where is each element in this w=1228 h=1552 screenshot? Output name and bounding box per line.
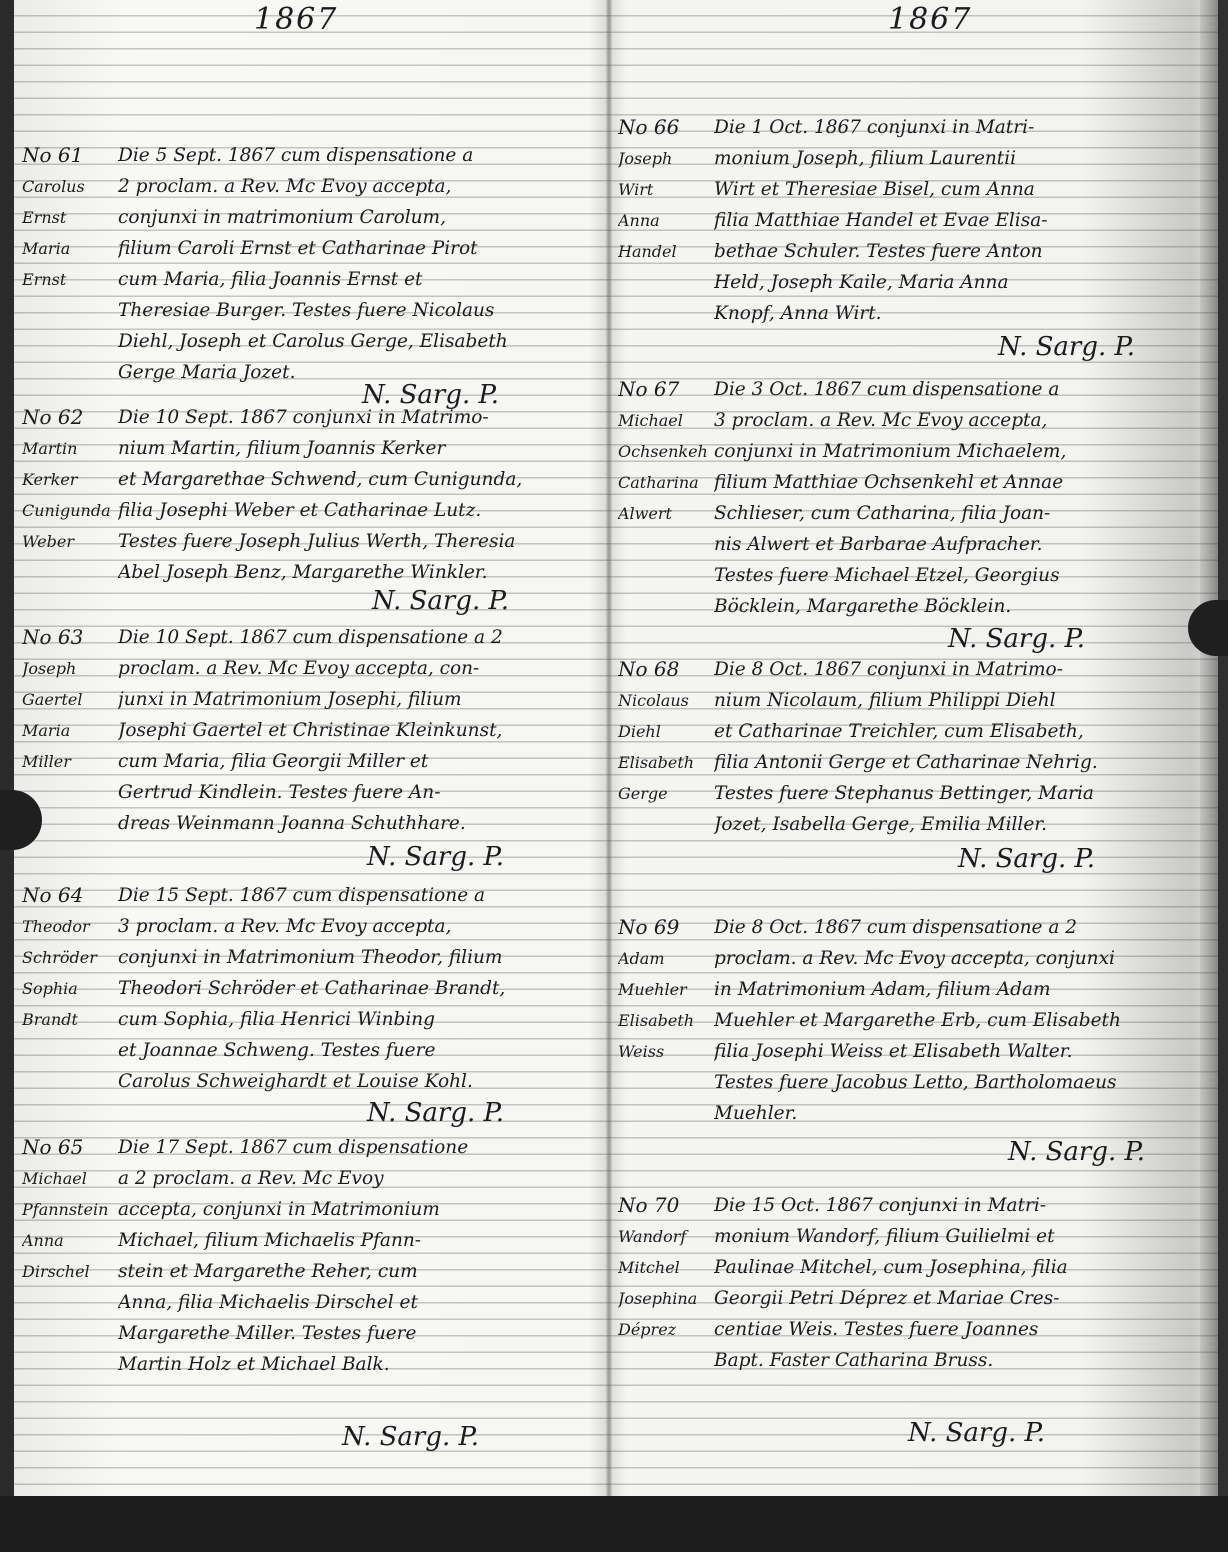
margin-name: Brandt [22, 1004, 112, 1035]
entry-line: accepta, conjunxi in Matrimonium [118, 1194, 602, 1225]
entry-line: Held, Joseph Kaile, Maria Anna [714, 267, 1190, 298]
entry-line: Die 8 Oct. 1867 conjunxi in Matrimo- [714, 654, 1190, 685]
margin-name: Sophia [22, 973, 112, 1004]
entry-line: nium Martin, filium Joannis Kerker [118, 433, 602, 464]
entry-line: Testes fuere Michael Etzel, Georgius [714, 560, 1190, 591]
entry-line: Margarethe Miller. Testes fuere [118, 1318, 602, 1349]
margin-name: Theodor [22, 911, 112, 942]
priest-signature: N. Sarg. P. [998, 332, 1135, 362]
margin-name: Maria [22, 233, 112, 264]
register-entry-67: No 67Die 3 Oct. 1867 cum dispensatione a… [618, 374, 1190, 622]
entry-number: No 67 [618, 374, 708, 405]
entry-line: nium Nicolaum, filium Philippi Diehl [714, 685, 1190, 716]
register-entry-61: No 61Die 5 Sept. 1867 cum dispensatione … [22, 140, 602, 388]
register-entry-65: No 65Die 17 Sept. 1867 cum dispensatione… [22, 1132, 602, 1380]
margin-name: Ernst [22, 202, 112, 233]
margin-name: Anna [618, 205, 708, 236]
year-header: 1867 [254, 2, 338, 37]
margin-name: Elisabeth [618, 747, 708, 778]
margin-name: Josephina [618, 1283, 708, 1314]
entry-line: cum Sophia, filia Henrici Winbing [118, 1004, 602, 1035]
entry-line: filium Matthiae Ochsenkehl et Annae [714, 467, 1190, 498]
margin-name: Déprez [618, 1314, 708, 1345]
scan-shadow-right [1200, 0, 1218, 1552]
entry-line: et Joannae Schweng. Testes fuere [118, 1035, 602, 1066]
entry-line: Testes fuere Joseph Julius Werth, Theres… [118, 526, 602, 557]
entry-line: Die 3 Oct. 1867 cum dispensatione a [714, 374, 1190, 405]
year-header: 1867 [888, 2, 972, 37]
entry-line: bethae Schuler. Testes fuere Anton [714, 236, 1190, 267]
margin-name: Maria [22, 715, 112, 746]
register-entry-69: No 69Die 8 Oct. 1867 cum dispensatione a… [618, 912, 1190, 1129]
entry-line: centiae Weis. Testes fuere Joannes [714, 1314, 1190, 1345]
margin-name: Wandorf [618, 1221, 708, 1252]
entry-line: filium Caroli Ernst et Catharinae Pirot [118, 233, 602, 264]
entry-line: Die 10 Sept. 1867 conjunxi in Matrimo- [118, 402, 602, 433]
entry-line: stein et Margarethe Reher, cum [118, 1256, 602, 1287]
entry-number: No 66 [618, 112, 708, 143]
entry-line: 3 proclam. a Rev. Mc Evoy accepta, [714, 405, 1190, 436]
entry-number: No 70 [618, 1190, 708, 1221]
margin-name: Nicolaus [618, 685, 708, 716]
entry-line: filia Josephi Weber et Catharinae Lutz. [118, 495, 602, 526]
entry-line: in Matrimonium Adam, filium Adam [714, 974, 1190, 1005]
entry-line: monium Wandorf, filium Guilielmi et [714, 1221, 1190, 1252]
entry-line: conjunxi in Matrimonium Michaelem, [714, 436, 1190, 467]
entry-line: Abel Joseph Benz, Margarethe Winkler. [118, 557, 602, 588]
priest-signature: N. Sarg. P. [948, 624, 1085, 654]
entry-number: No 68 [618, 654, 708, 685]
entry-line: nis Alwert et Barbarae Aufpracher. [714, 529, 1190, 560]
margin-name: Schröder [22, 942, 112, 973]
entry-line: Georgii Petri Déprez et Mariae Cres- [714, 1283, 1190, 1314]
margin-name: Michael [22, 1163, 112, 1194]
entry-line: Wirt et Theresiae Bisel, cum Anna [714, 174, 1190, 205]
entry-line: Die 15 Oct. 1867 conjunxi in Matri- [714, 1190, 1190, 1221]
register-entry-70: No 70Die 15 Oct. 1867 conjunxi in Matri-… [618, 1190, 1190, 1376]
margin-name: Joseph [22, 653, 112, 684]
entry-line: cum Maria, filia Georgii Miller et [118, 746, 602, 777]
margin-name: Joseph [618, 143, 708, 174]
entry-line: junxi in Matrimonium Josephi, filium [118, 684, 602, 715]
priest-signature: N. Sarg. P. [342, 1422, 479, 1452]
margin-name: Kerker [22, 464, 112, 495]
entry-line: monium Joseph, filium Laurentii [714, 143, 1190, 174]
margin-name: Ernst [22, 264, 112, 295]
margin-name: Wirt [618, 174, 708, 205]
entry-line: Die 15 Sept. 1867 cum dispensatione a [118, 880, 602, 911]
entry-line: Die 17 Sept. 1867 cum dispensatione [118, 1132, 602, 1163]
margin-name: Gerge [618, 778, 708, 809]
margin-name: Ochsenkehl [618, 436, 708, 467]
entry-line: Die 10 Sept. 1867 cum dispensatione a 2 [118, 622, 602, 653]
page-fold [606, 0, 612, 1500]
entry-number: No 62 [22, 402, 112, 433]
entry-line: conjunxi in matrimonium Carolum, [118, 202, 602, 233]
entry-line: Schlieser, cum Catharina, filia Joan- [714, 498, 1190, 529]
margin-name: Gaertel [22, 684, 112, 715]
entry-line: 3 proclam. a Rev. Mc Evoy accepta, [118, 911, 602, 942]
margin-name: Miller [22, 746, 112, 777]
entry-line: Gertrud Kindlein. Testes fuere An- [118, 777, 602, 808]
entry-line: Michael, filium Michaelis Pfann- [118, 1225, 602, 1256]
margin-name: Michael [618, 405, 708, 436]
margin-name: Cunigunda [22, 495, 112, 526]
entry-line: Die 1 Oct. 1867 conjunxi in Matri- [714, 112, 1190, 143]
scan-edge-left [0, 0, 14, 1552]
priest-signature: N. Sarg. P. [1008, 1137, 1145, 1167]
entry-line: Diehl, Joseph et Carolus Gerge, Elisabet… [118, 326, 602, 357]
entry-number: No 63 [22, 622, 112, 653]
register-entry-68: No 68Die 8 Oct. 1867 conjunxi in Matrimo… [618, 654, 1190, 840]
register-entry-62: No 62Die 10 Sept. 1867 conjunxi in Matri… [22, 402, 602, 588]
scan-edge-bottom [0, 1496, 1228, 1552]
margin-name: Dirschel [22, 1256, 112, 1287]
register-entry-64: No 64Die 15 Sept. 1867 cum dispensatione… [22, 880, 602, 1097]
margin-name: Weiss [618, 1036, 708, 1067]
priest-signature: N. Sarg. P. [372, 586, 509, 616]
scan-edge-right [1218, 0, 1228, 1552]
margin-name: Adam [618, 943, 708, 974]
entry-line: Martin Holz et Michael Balk. [118, 1349, 602, 1380]
entry-line: Die 5 Sept. 1867 cum dispensatione a [118, 140, 602, 171]
entry-line: Böcklein, Margarethe Böcklein. [714, 591, 1190, 622]
priest-signature: N. Sarg. P. [367, 842, 504, 872]
entry-line: filia Josephi Weiss et Elisabeth Walter. [714, 1036, 1190, 1067]
margin-name: Muehler [618, 974, 708, 1005]
entry-line: a 2 proclam. a Rev. Mc Evoy [118, 1163, 602, 1194]
register-entry-66: No 66Die 1 Oct. 1867 conjunxi in Matri- … [618, 112, 1190, 329]
entry-number: No 65 [22, 1132, 112, 1163]
entry-line: Testes fuere Jacobus Letto, Bartholomaeu… [714, 1067, 1190, 1098]
margin-name: Anna [22, 1225, 112, 1256]
entry-line: Jozet, Isabella Gerge, Emilia Miller. [714, 809, 1190, 840]
entry-line: Muehler et Margarethe Erb, cum Elisabeth [714, 1005, 1190, 1036]
margin-name: Elisabeth [618, 1005, 708, 1036]
margin-name: Diehl [618, 716, 708, 747]
entry-line: Testes fuere Stephanus Bettinger, Maria [714, 778, 1190, 809]
entry-line: proclam. a Rev. Mc Evoy accepta, conjunx… [714, 943, 1190, 974]
entry-line: Die 8 Oct. 1867 cum dispensatione a 2 [714, 912, 1190, 943]
entry-line: Knopf, Anna Wirt. [714, 298, 1190, 329]
margin-name: Mitchel [618, 1252, 708, 1283]
entry-line: et Margarethae Schwend, cum Cunigunda, [118, 464, 602, 495]
entry-line: filia Antonii Gerge et Catharinae Nehrig… [714, 747, 1190, 778]
entry-line: Theodori Schröder et Catharinae Brandt, [118, 973, 602, 1004]
entry-line: filia Matthiae Handel et Evae Elisa- [714, 205, 1190, 236]
entry-line: Carolus Schweighardt et Louise Kohl. [118, 1066, 602, 1097]
margin-name: Weber [22, 526, 112, 557]
entry-number: No 61 [22, 140, 112, 171]
entry-line: Muehler. [714, 1098, 1190, 1129]
margin-name: Alwert [618, 498, 708, 529]
margin-name: Handel [618, 236, 708, 267]
entry-line: Paulinae Mitchel, cum Josephina, filia [714, 1252, 1190, 1283]
margin-name: Carolus [22, 171, 112, 202]
entry-line: proclam. a Rev. Mc Evoy accepta, con- [118, 653, 602, 684]
margin-name: Pfannstein [22, 1194, 112, 1225]
entry-number: No 69 [618, 912, 708, 943]
margin-name: Martin [22, 433, 112, 464]
margin-name: Catharina [618, 467, 708, 498]
entry-line: Josephi Gaertel et Christinae Kleinkunst… [118, 715, 602, 746]
entry-line: Bapt. Faster Catharina Bruss. [714, 1345, 1190, 1376]
entry-line: et Catharinae Treichler, cum Elisabeth, [714, 716, 1190, 747]
entry-line: conjunxi in Matrimonium Theodor, filium [118, 942, 602, 973]
entry-line: cum Maria, filia Joannis Ernst et [118, 264, 602, 295]
entry-line: Theresiae Burger. Testes fuere Nicolaus [118, 295, 602, 326]
entry-line: dreas Weinmann Joanna Schuthhare. [118, 808, 602, 839]
entry-line: Gerge Maria Jozet. [118, 357, 602, 388]
entry-number: No 64 [22, 880, 112, 911]
entry-line: 2 proclam. a Rev. Mc Evoy accepta, [118, 171, 602, 202]
priest-signature: N. Sarg. P. [958, 844, 1095, 874]
entry-line: Anna, filia Michaelis Dirschel et [118, 1287, 602, 1318]
priest-signature: N. Sarg. P. [908, 1418, 1045, 1448]
register-entry-63: No 63Die 10 Sept. 1867 cum dispensatione… [22, 622, 602, 839]
priest-signature: N. Sarg. P. [367, 1098, 504, 1128]
